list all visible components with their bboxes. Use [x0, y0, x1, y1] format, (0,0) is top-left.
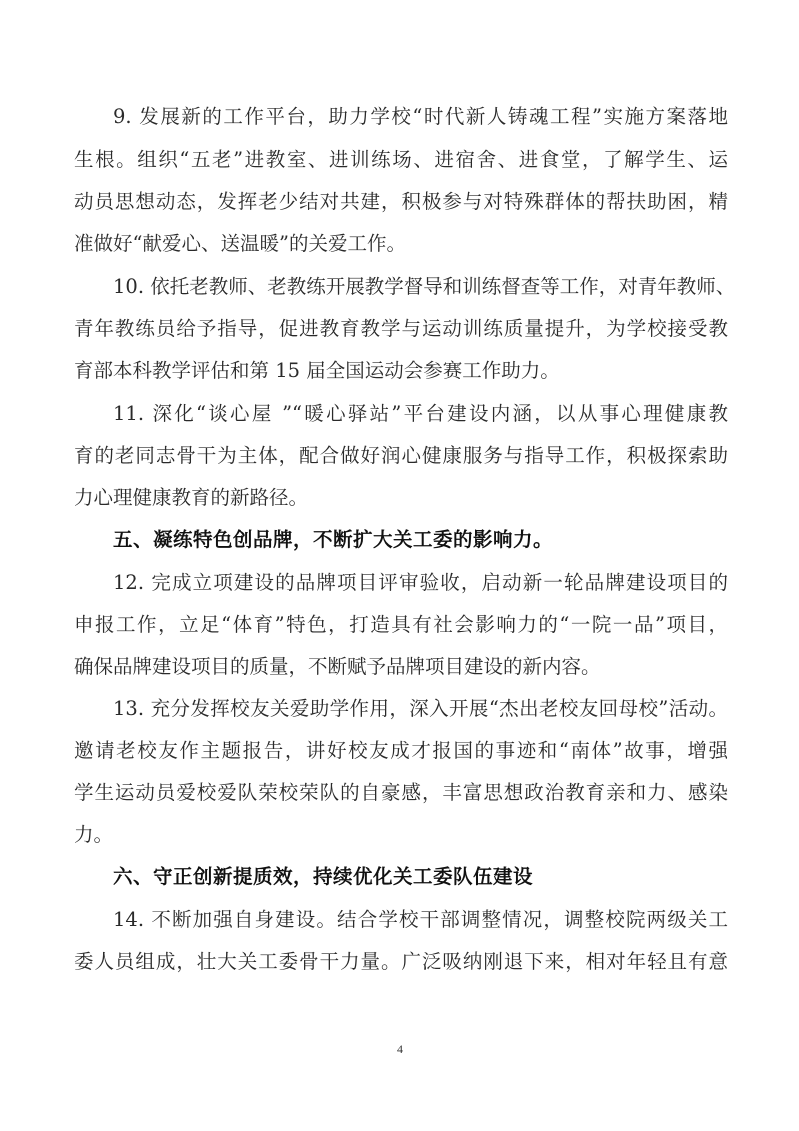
paragraph-9-line-4: 准做好“献爱心、送温暖”的关爱工作。	[74, 229, 728, 259]
paragraph-13-line-3: 学生运动员爱校爱队荣校荣队的自豪感，丰富思想政治教育亲和力、感染	[74, 778, 728, 808]
section-heading-6: 六、守正创新提质效，持续优化关工委队伍建设	[113, 862, 728, 892]
paragraph-12-line-1: 12. 完成立项建设的品牌项目评审验收，启动新一轮品牌建设项目的	[113, 568, 728, 598]
paragraph-10-line-3: 育部本科教学评估和第 15 届全国运动会参赛工作助力。	[74, 356, 728, 386]
paragraph-13-line-1: 13. 充分发挥校友关爱助学作用，深入开展“杰出老校友回母校”活动。	[113, 694, 728, 724]
paragraph-12-line-2: 申报工作，立足“体育”特色，打造具有社会影响力的“一院一品”项目，	[74, 610, 728, 640]
page-number: 4	[390, 1042, 410, 1057]
paragraph-9-line-1: 9. 发展新的工作平台，助力学校“时代新人铸魂工程”实施方案落地	[113, 102, 728, 132]
paragraph-11-line-2: 育的老同志骨干为主体，配合做好润心健康服务与指导工作，积极探索助	[74, 441, 728, 471]
paragraph-9-line-2: 生根。组织“五老”进教室、进训练场、进宿舍、进食堂，了解学生、运	[74, 145, 728, 175]
paragraph-11-line-3: 力心理健康教育的新路径。	[74, 483, 728, 513]
paragraph-13-line-4: 力。	[74, 820, 728, 850]
document-page: 9. 发展新的工作平台，助力学校“时代新人铸魂工程”实施方案落地 生根。组织“五…	[0, 0, 799, 1131]
paragraph-10-line-1: 10. 依托老教师、老教练开展教学督导和训练督查等工作，对青年教师、	[113, 272, 728, 302]
paragraph-12-line-3: 确保品牌建设项目的质量，不断赋予品牌项目建设的新内容。	[74, 652, 728, 682]
paragraph-14-line-1: 14. 不断加强自身建设。结合学校干部调整情况，调整校院两级关工	[113, 905, 728, 935]
section-heading-5: 五、凝练特色创品牌，不断扩大关工委的影响力。	[113, 525, 728, 555]
paragraph-10-line-2: 青年教练员给予指导，促进教育教学与运动训练质量提升，为学校接受教	[74, 314, 728, 344]
paragraph-9-line-3: 动员思想动态，发挥老少结对共建，积极参与对特殊群体的帮扶助困，精	[74, 187, 728, 217]
paragraph-11-line-1: 11. 深化“谈心屋 ”“暖心驿站”平台建设内涵，以从事心理健康教	[113, 399, 728, 429]
paragraph-14-line-2: 委人员组成，壮大关工委骨干力量。广泛吸纳刚退下来，相对年轻且有意	[74, 947, 728, 977]
paragraph-13-line-2: 邀请老校友作主题报告，讲好校友成才报国的事迹和“南体”故事，增强	[74, 736, 728, 766]
